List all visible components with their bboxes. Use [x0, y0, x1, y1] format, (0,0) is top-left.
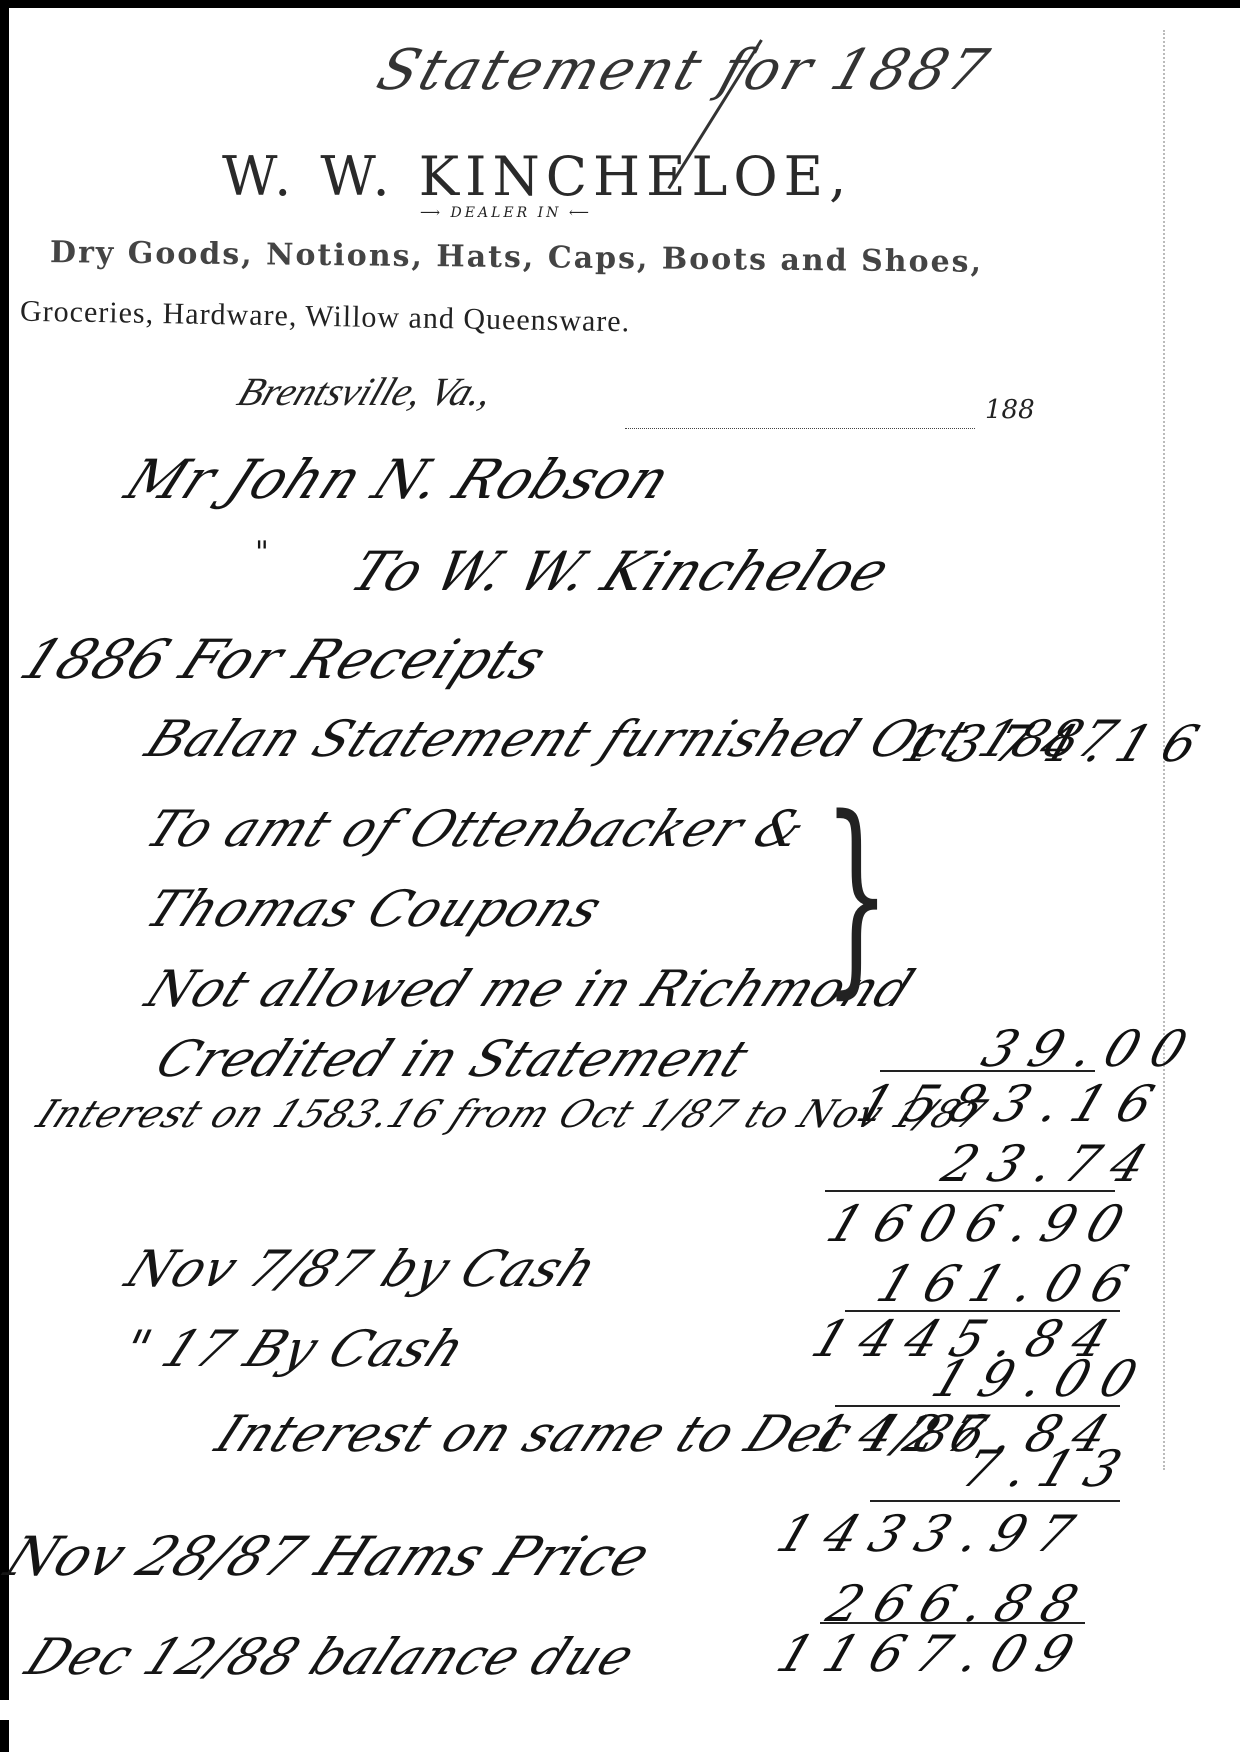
entry-amount: 23.74	[934, 1135, 1168, 1193]
entry-text: Interest on 1583.16 from Oct 1/87 to Nov…	[30, 1092, 994, 1136]
scan-border-gap	[0, 1700, 9, 1720]
entry-text: Credited in Statement	[147, 1030, 758, 1088]
goods-line: Dry Goods, Notions, Hats, Caps, Boots an…	[50, 235, 983, 280]
ditto-mark: "	[255, 535, 270, 570]
firm-name: W. W. KINCHELOE,	[222, 145, 852, 208]
entry-text: Thomas Coupons	[137, 880, 612, 938]
balance-amount: 1167.09	[769, 1625, 1095, 1683]
addressee: Mr John N. Robson	[116, 448, 681, 511]
sum-rule	[825, 1190, 1115, 1192]
dealer-in-label: ⟶ DEALER IN ⟵	[420, 205, 592, 221]
handwritten-title: Statement for 1887	[369, 38, 998, 103]
year-heading: 1886 For Receipts	[11, 628, 557, 691]
sum-rule	[870, 1500, 1120, 1502]
scan-border-left	[0, 0, 9, 1752]
entry-text: To amt of Ottenbacker &	[137, 800, 816, 858]
entry-amount: 1374.16	[894, 715, 1220, 773]
entry-amount: 19.00	[924, 1350, 1158, 1408]
date-blank-line	[625, 428, 975, 429]
sum-rule	[880, 1070, 1095, 1072]
entry-text: " 17 By Cash	[112, 1320, 475, 1378]
entry-text: Nov 7/87 by Cash	[117, 1240, 607, 1298]
brace-icon: }	[823, 790, 890, 1000]
entry-text: Interest on same to Dec 1/87	[207, 1405, 996, 1463]
entry-text: Dec 12/88 balance due	[17, 1628, 644, 1686]
scan-border-top	[0, 0, 1240, 8]
creditor-line: To W. W. Kincheloe	[341, 540, 900, 603]
entry-text: Nov 28/87 Hams Price	[0, 1525, 661, 1588]
subtotal-amount: 1433.97	[769, 1505, 1095, 1563]
place-of-issue: Brentsville, Va.,	[231, 368, 500, 415]
subtotal-amount: 1606.90	[819, 1195, 1145, 1253]
sum-rule	[820, 1622, 1085, 1624]
year-prefix: 188	[985, 395, 1035, 425]
groceries-line: Groceries, Hardware, Willow and Queenswa…	[20, 295, 631, 340]
entry-amount: 7.13	[954, 1440, 1142, 1498]
entry-amount: 161.06	[869, 1255, 1149, 1313]
entry-text: Not allowed me in Richmond	[137, 960, 923, 1018]
